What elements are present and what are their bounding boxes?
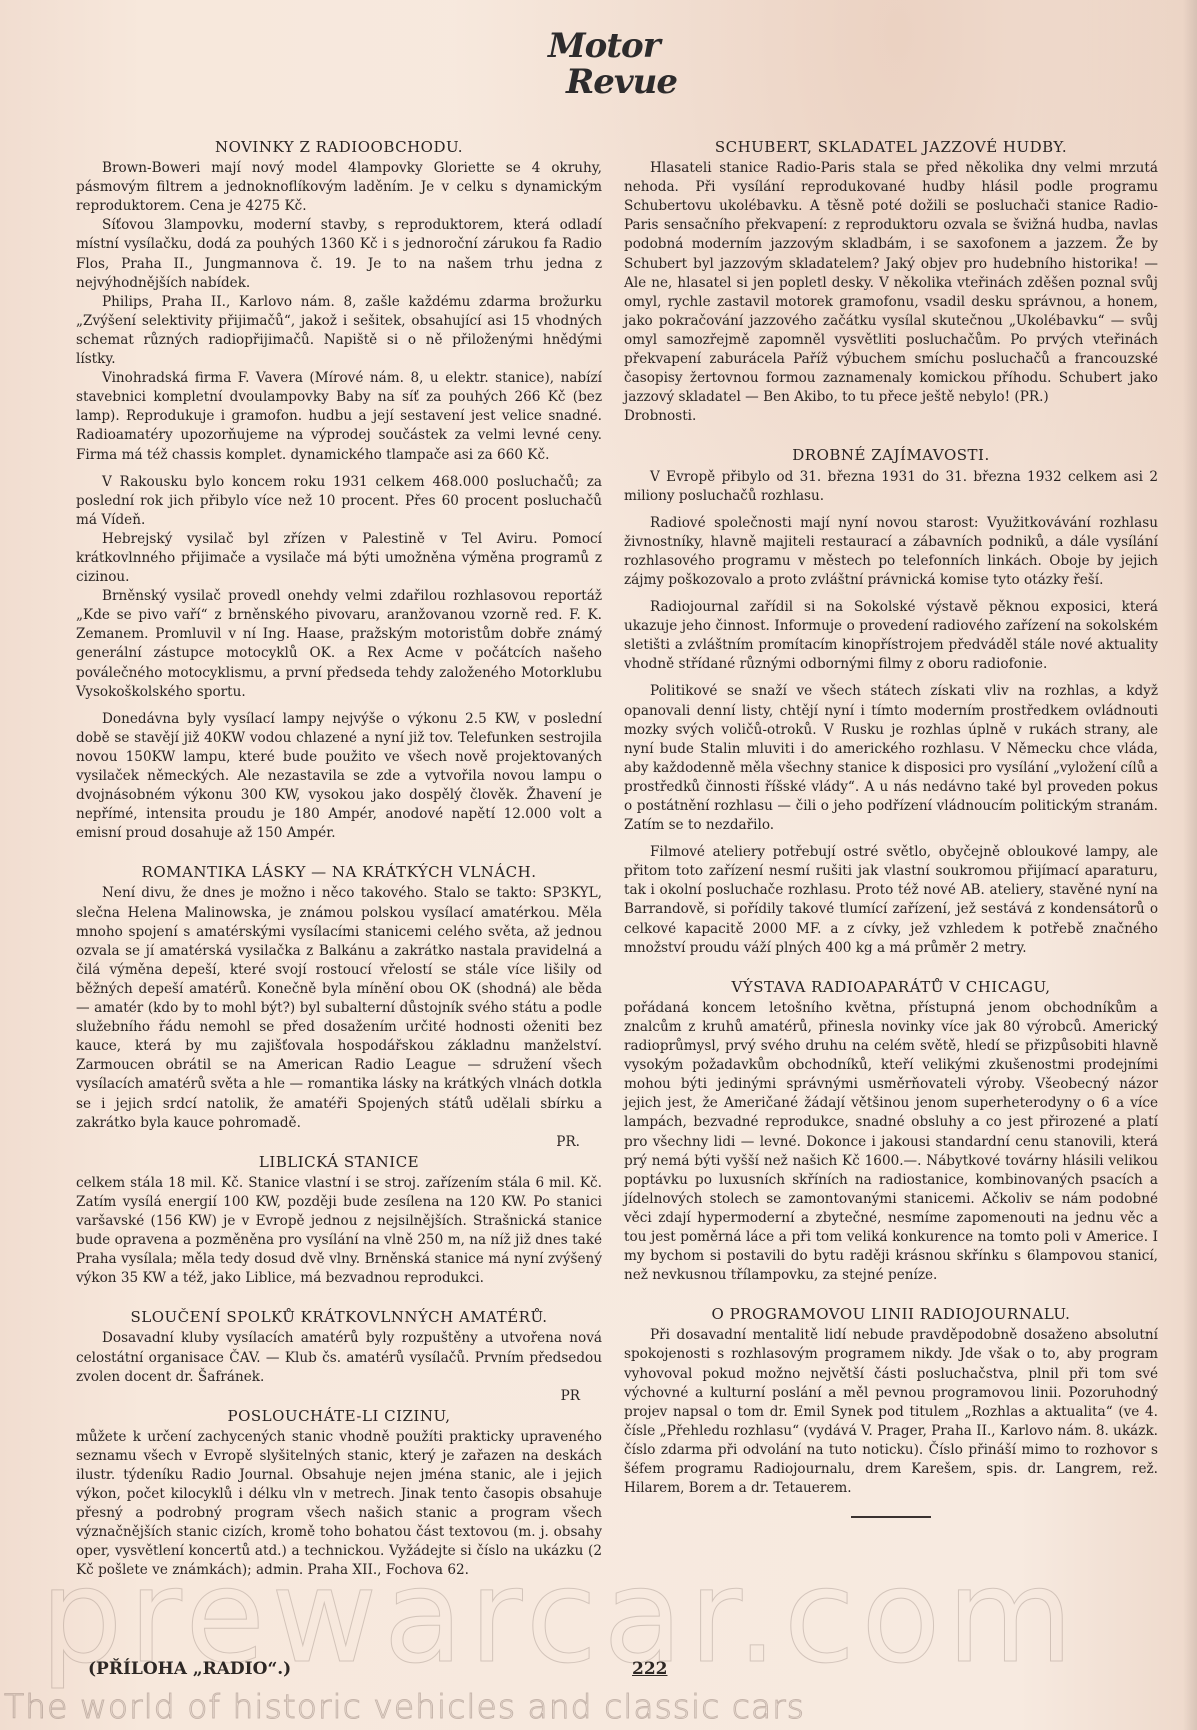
author-signature: PR. [556, 1133, 580, 1152]
article-paragraph: Filmové ateliery potřebují ostré světlo,… [624, 843, 1158, 958]
section-trailer: Drobnosti. [624, 407, 1158, 426]
article-paragraph: Hlasateli stanice Radio-Paris stala se p… [624, 159, 1158, 407]
article-paragraph: Není divu, že dnes je možno i něco takov… [76, 884, 602, 1132]
article-title: SCHUBERT, SKLADATEL JAZZOVÉ HUDBY. [624, 138, 1158, 157]
article-title: DROBNÉ ZAJÍMAVOSTI. [624, 446, 1158, 465]
page-number: 222 [632, 1659, 668, 1679]
article-section: VÝSTAVA RADIOAPARÁTŮ V CHICAGU,pořádaná … [624, 978, 1158, 1286]
article-title: SLOUČENÍ SPOLKŮ KRÁTKOVLNNÝCH AMATÉRŮ. [76, 1308, 602, 1327]
article-paragraph: Dosavadní kluby vysílacích amatérů byly … [76, 1329, 602, 1386]
article-paragraph: V Evropě přibylo od 31. března 1931 do 3… [624, 468, 1158, 506]
masthead-logo: Motor Revue [540, 28, 670, 100]
right-column: SCHUBERT, SKLADATEL JAZZOVÉ HUDBY.Hlasat… [624, 138, 1158, 1538]
article-paragraph: pořádaná koncem letošního května, přístu… [624, 999, 1158, 1285]
article-paragraph: Brown-Boweri mají nový model 4lampovky G… [76, 159, 602, 216]
article-section: NOVINKY Z RADIOOBCHODU.Brown-Boweri mají… [76, 138, 602, 843]
article-section: SCHUBERT, SKLADATEL JAZZOVÉ HUDBY.Hlasat… [624, 138, 1158, 426]
article-paragraph: Síťovou 3lampovku, moderní stavby, s rep… [76, 216, 602, 292]
end-rule [851, 1516, 931, 1518]
article-section: O PROGRAMOVOU LINII RADIOJOURNALU.Při do… [624, 1305, 1158, 1518]
article-paragraph: Radiové společnosti mají nyní novou star… [624, 514, 1158, 590]
author-signature: PR [561, 1387, 580, 1406]
watermark-tagline: The world of historic vehicles and class… [4, 1687, 805, 1726]
masthead-line-2: Revue [566, 64, 670, 100]
supplement-label: (PŘÍLOHA „RADIO“.) [88, 1659, 291, 1679]
article-paragraph: Philips, Praha II., Karlovo nám. 8, zašl… [76, 293, 602, 369]
article-paragraph: Radiojournal zařídil si na Sokolské výst… [624, 598, 1158, 674]
article-paragraph: Hebrejský vysilač byl zřízen v Palestině… [76, 530, 602, 587]
article-paragraph: Při dosavadní mentalitě lidí nebude prav… [624, 1326, 1158, 1498]
article-paragraph: V Rakousku bylo koncem roku 1931 celkem … [76, 473, 602, 530]
article-section: ROMANTIKA LÁSKY — NA KRÁTKÝCH VLNÁCH.Nen… [76, 863, 602, 1132]
article-title: POSLOUCHÁTE-LI CIZINU, [76, 1407, 602, 1426]
article-paragraph: celkem stála 18 mil. Kč. Stanice vlastní… [76, 1174, 602, 1289]
article-paragraph: Vinohradská firma F. Vavera (Mírové nám.… [76, 369, 602, 464]
article-title: O PROGRAMOVOU LINII RADIOJOURNALU. [624, 1305, 1158, 1324]
page-edge-shadow [1183, 0, 1197, 1730]
article-section: SLOUČENÍ SPOLKŮ KRÁTKOVLNNÝCH AMATÉRŮ.Do… [76, 1308, 602, 1386]
article-title: LIBLICKÁ STANICE [76, 1153, 602, 1172]
article-title: NOVINKY Z RADIOOBCHODU. [76, 138, 602, 157]
masthead-line-1: Motor [548, 28, 670, 64]
article-section: DROBNÉ ZAJÍMAVOSTI.V Evropě přibylo od 3… [624, 446, 1158, 957]
article-paragraph: Politikové se snaží ve všech státech zís… [624, 682, 1158, 835]
article-paragraph: Brněnský vysilač provedl onehdy velmi zd… [76, 587, 602, 702]
article-section: LIBLICKÁ STANICEcelkem stála 18 mil. Kč.… [76, 1153, 602, 1289]
article-title: VÝSTAVA RADIOAPARÁTŮ V CHICAGU, [624, 978, 1158, 997]
article-paragraph: Donedávna byly vysílací lampy nejvýše o … [76, 710, 602, 844]
left-column: NOVINKY Z RADIOOBCHODU.Brown-Boweri mají… [76, 138, 602, 1601]
article-title: ROMANTIKA LÁSKY — NA KRÁTKÝCH VLNÁCH. [76, 863, 602, 882]
